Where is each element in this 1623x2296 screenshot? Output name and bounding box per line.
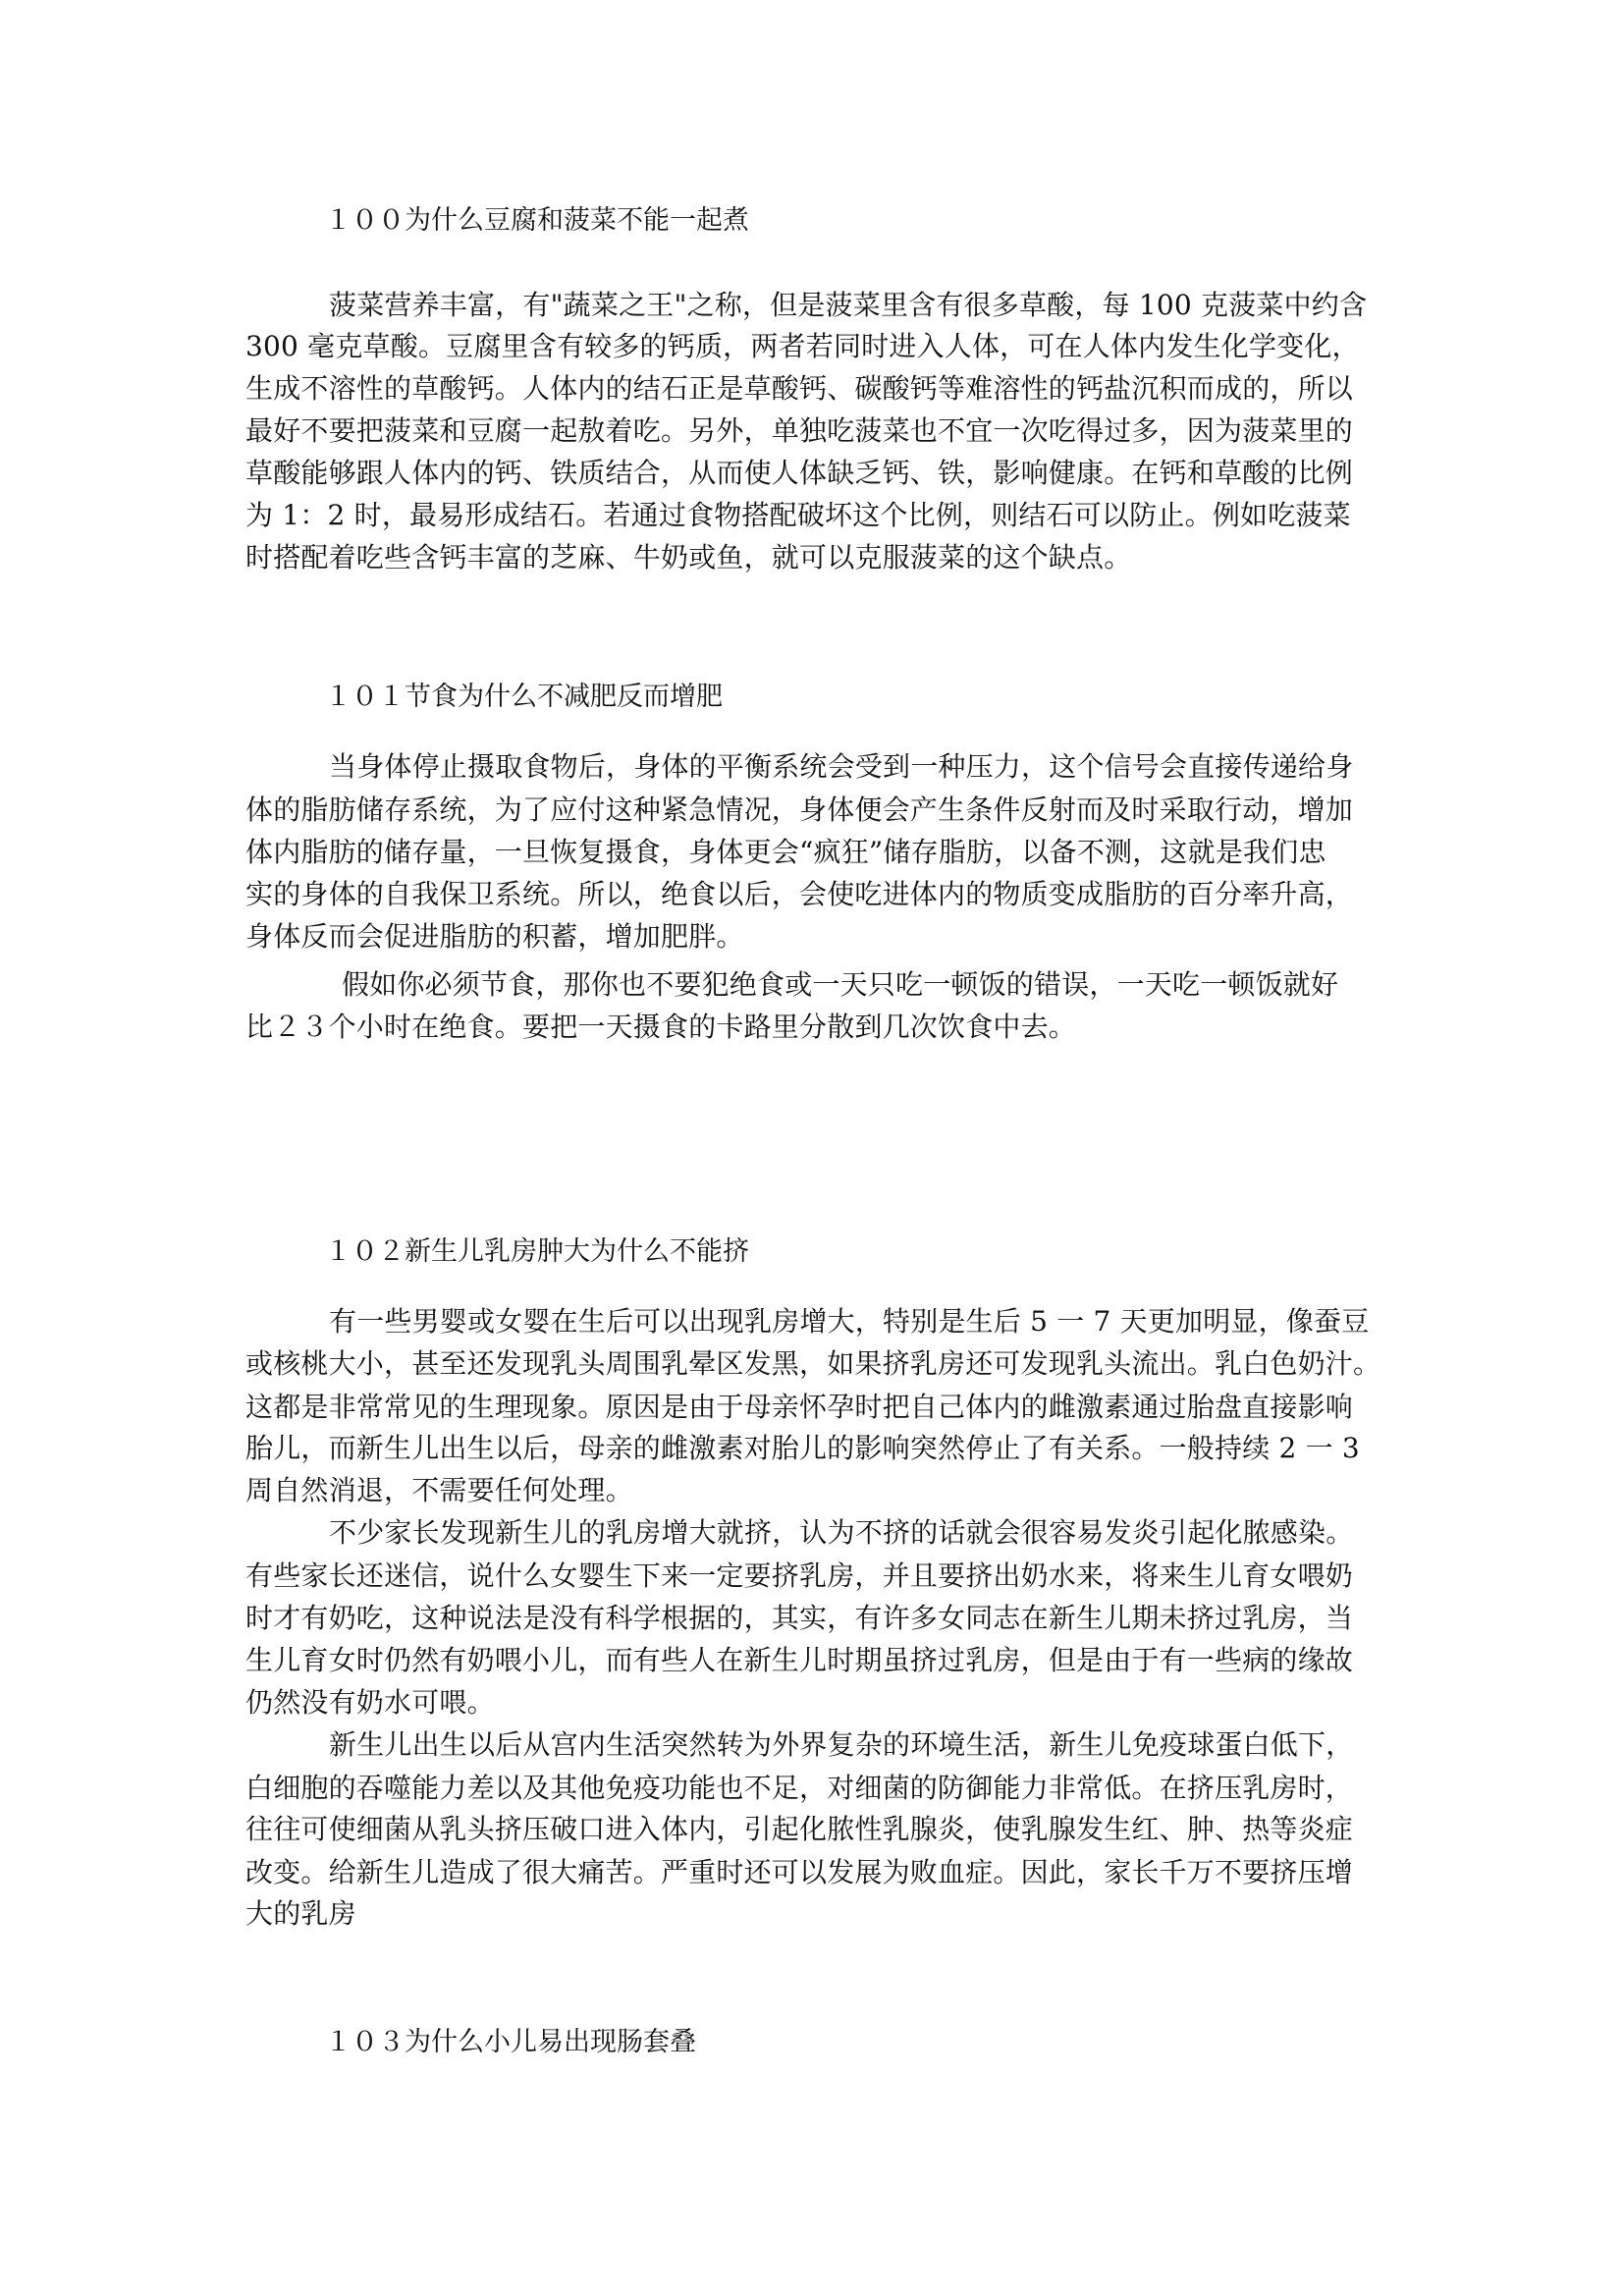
section-title-101: １０１节食为什么不减肥反而增肥 [325, 678, 723, 717]
paragraph-line: 时才有奶吃，这种说法是没有科学根据的，其实，有许多女同志在新生儿期未挤过乳房，当 [245, 1597, 1384, 1639]
paragraph-line: 这都是非常常见的生理现象。原因是由于母亲怀孕时把自己体内的雌激素通过胎盘直接影响 [245, 1386, 1384, 1428]
section-title-102: １０２新生儿乳房肿大为什么不能挤 [325, 1232, 749, 1272]
paragraph-line: 生成不溶性的草酸钙。人体内的结石正是草酸钙、碳酸钙等难溶性的钙盐沉积而成的，所以 [245, 367, 1384, 410]
paragraph-line: 时搭配着吃些含钙丰富的芝麻、牛奶或鱼，就可以克服菠菜的这个缺点。 [245, 536, 1384, 578]
document-page: １００为什么豆腐和菠菜不能一起煮 菠菜营养丰富，有"蔬菜之王"之称，但是菠菜里含… [0, 0, 1623, 2296]
paragraph-line: 改变。给新生儿造成了很大痛苦。严重时还可以发展为败血症。因此，家长千万不要挤压增 [245, 1851, 1384, 1893]
paragraph-line: 白细胞的吞噬能力差以及其他免疫功能也不足，对细菌的防御能力非常低。在挤压乳房时， [245, 1767, 1384, 1809]
paragraph-line: 周自然消退，不需要任何处理。 [245, 1469, 1384, 1511]
paragraph-line: 身体反而会促进脂肪的积蓄，增加肥胖。 [245, 915, 1384, 957]
paragraph-line: 为 1：2 时，最易形成结石。若通过食物搭配破坏这个比例，则结石可以防止。例如吃… [245, 494, 1384, 536]
paragraph-line: 有一些男婴或女婴在生后可以出现乳房增大，特别是生后 5 一 7 天更加明显，像蚕… [329, 1300, 1468, 1342]
paragraph-line: 胎儿，而新生儿出生以后，母亲的雌激素对胎儿的影响突然停止了有关系。一般持续 2 … [245, 1427, 1384, 1469]
paragraph-line: 菠菜营养丰富，有"蔬菜之王"之称，但是菠菜里含有很多草酸，每 100 克菠菜中约… [329, 284, 1468, 326]
paragraph-line: 假如你必须节食，那你也不要犯绝食或一天只吃一顿饭的错误，一天吃一顿饭就好 [342, 963, 1481, 1006]
section-title-103: １０３为什么小儿易出现肠套叠 [325, 2023, 696, 2062]
paragraph-line: 当身体停止摄取食物后，身体的平衡系统会受到一种压力，这个信号会直接传递给身 [329, 745, 1468, 788]
paragraph-line: 不少家长发现新生儿的乳房增大就挤，认为不挤的话就会很容易发炎引起化脓感染。 [329, 1511, 1468, 1554]
paragraph-line: 300 毫克草酸。豆腐里含有较多的钙质，两者若同时进入人体，可在人体内发生化学变… [245, 325, 1384, 367]
paragraph-line: 有些家长还迷信，说什么女婴生下来一定要挤乳房，并且要挤出奶水来，将来生儿育女喂奶 [245, 1555, 1384, 1597]
paragraph-line: 体内脂肪的储存量，一旦恢复摄食，身体更会“疯狂”储存脂肪，以备不测，这就是我们忠 [245, 831, 1384, 873]
paragraph-line: 或核桃大小，甚至还发现乳头周围乳晕区发黑，如果挤乳房还可发现乳头流出。乳白色奶汁… [245, 1342, 1384, 1385]
paragraph-line: 比２３个小时在绝食。要把一天摄食的卡路里分散到几次饮食中去。 [245, 1006, 1384, 1048]
paragraph-line: 生儿育女时仍然有奶喂小儿，而有些人在新生儿时期虽挤过乳房，但是由于有一些病的缘故 [245, 1639, 1384, 1681]
paragraph-line: 往往可使细菌从乳头挤压破口进入体内，引起化脓性乳腺炎，使乳腺发生红、肿、热等炎症 [245, 1808, 1384, 1850]
paragraph-line: 大的乳房 [245, 1892, 1384, 1935]
section-title-100: １００为什么豆腐和菠菜不能一起煮 [325, 201, 749, 241]
paragraph-line: 仍然没有奶水可喂。 [245, 1681, 1384, 1723]
paragraph-line: 草酸能够跟人体内的钙、铁质结合，从而使人体缺乏钙、铁，影响健康。在钙和草酸的比例 [245, 452, 1384, 494]
paragraph-line: 新生儿出生以后从宫内生活突然转为外界复杂的环境生活，新生儿免疫球蛋白低下， [329, 1723, 1468, 1766]
paragraph-line: 最好不要把菠菜和豆腐一起敖着吃。另外，单独吃菠菜也不宜一次吃得过多，因为菠菜里的 [245, 410, 1384, 452]
paragraph-line: 体的脂肪储存系统，为了应付这种紧急情况，身体便会产生条件反射而及时采取行动，增加 [245, 789, 1384, 831]
paragraph-line: 实的身体的自我保卫系统。所以，绝食以后，会使吃进体内的物质变成脂肪的百分率升高， [245, 873, 1384, 915]
